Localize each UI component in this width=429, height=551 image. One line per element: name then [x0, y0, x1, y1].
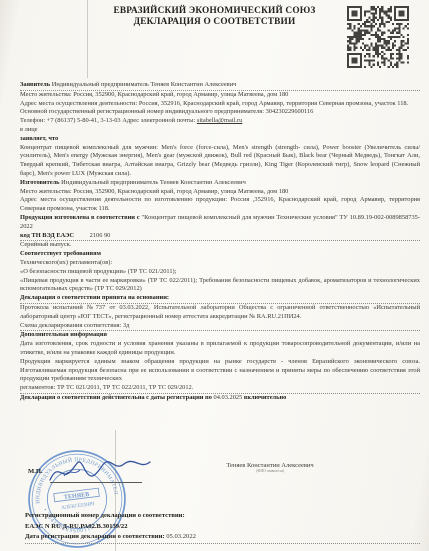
- declarant-name-caption: (ФИО заявителя): [185, 469, 355, 474]
- document-header: ЕВРАЗИЙСКИЙ ЭКОНОМИЧЕСКИЙ СОЮЗ ДЕКЛАРАЦИ…: [40, 6, 389, 28]
- applicant-activity-address-line: Адрес места осуществления деятельности: …: [20, 100, 420, 109]
- in-person-line: в лице: [20, 126, 420, 135]
- declares-heading: заявляет, что: [20, 135, 420, 144]
- additional-info-paragraph-1: Дата изготовления, срок годности и услов…: [20, 340, 420, 358]
- qr-code: [347, 6, 409, 68]
- footer-reg-date-label: Дата регистрации декларации о соответств…: [25, 533, 165, 540]
- additional-info-paragraph-2: Продукция маркируется единым знаком обра…: [20, 358, 420, 384]
- phone-label: Телефон: +7 (86137) 5-80-41, 3-13-03 Адр…: [20, 117, 195, 124]
- mp-label: М.П.: [28, 468, 43, 475]
- document-body: Заявитель Индивидуальный предприниматель…: [20, 81, 420, 403]
- footer-reg-number-label: Регистрационный номер декларации о соотв…: [25, 511, 420, 522]
- validity-line: Декларация о соответствии действительна …: [20, 394, 420, 403]
- tnved-label: код ТН ВЭД ЕАЭС: [20, 232, 74, 239]
- tnved-value: 2106 90: [90, 232, 111, 239]
- declaration-document-page: ЕВРАЗИЙСКИЙ ЭКОНОМИЧЕСКИЙ СОЮЗ ДЕКЛАРАЦИ…: [0, 0, 429, 551]
- test-protocol-paragraph: Протокола испытаний №737 от 03.03.2022, …: [20, 304, 420, 322]
- manufacturer-label: Изготовитель: [20, 179, 60, 186]
- additional-info-heading: Дополнительная информация: [20, 331, 420, 340]
- footer-reg-date-line: Дата регистрации декларации о соответств…: [25, 532, 420, 544]
- seal-inner-name-2: АЛЕКСЕЕВИЧ: [61, 501, 96, 511]
- declaration-scheme-line: Схема декларирования соответствия: 3д: [20, 322, 420, 332]
- validity-date: 04.03.2025: [214, 394, 243, 401]
- regulations-dotted-line: регламентов: ТР ТС 021/2011, ТР ТС 022/2…: [20, 384, 420, 394]
- tnved-code-line: код ТН ВЭД ЕАЭС 2106 90: [20, 232, 420, 242]
- validity-label: Декларация о соответствии действительна …: [20, 394, 212, 401]
- footer-reg-date: 05.03.2022: [166, 533, 196, 540]
- phone-email-line: Телефон: +7 (86137) 5-80-41, 3-13-03 Адр…: [20, 117, 420, 126]
- tech-regulations-intro: Технического(их) регламента(ов):: [20, 259, 420, 268]
- signature-scribble: [44, 450, 154, 486]
- made-in-accordance-label: Продукция изготовлена в соответствии с: [20, 214, 140, 221]
- applicant-name: Индивидуальный предприниматель Теняев Ко…: [52, 81, 237, 88]
- seal-inner-name-1: ТЕНЯЕВ: [64, 492, 90, 501]
- validity-suffix: включительно: [244, 394, 286, 401]
- doc-title: ДЕКЛАРАЦИЯ О СООТВЕТСТВИИ: [40, 17, 389, 28]
- regulation-line-1: «О безопасности пищевой продукции» (ТР Т…: [20, 268, 420, 277]
- applicant-residence-line: Место жительства: Россия, 352900, Красно…: [20, 91, 420, 100]
- manufacturer-production-address-line: Адрес места осуществления деятельности п…: [20, 196, 420, 214]
- declarant-name-block: Теняев Константин Алексеевич (ФИО заявит…: [185, 462, 355, 474]
- made-in-accordance-line: Продукция изготовлена в соответствии с "…: [20, 214, 420, 232]
- basis-heading: Декларация о соответствии принята на осн…: [20, 294, 420, 304]
- declarant-name: Теняев Константин Алексеевич: [185, 462, 355, 469]
- applicant-ogrn-line: Основной государственный регистрационный…: [20, 108, 420, 117]
- product-list-paragraph: Концентрат пищевой комплексный для мужчи…: [20, 144, 420, 179]
- email-link[interactable]: sitabella@mail.ru: [197, 117, 242, 124]
- manufacturer-name: Индивидуальный предприниматель Теняев Ко…: [61, 179, 246, 186]
- regulation-line-2: «Пищевая продукция в части ее маркировки…: [20, 277, 420, 295]
- manufacturer-residence-line: Место жительства: Россия, 352900, Красно…: [20, 188, 420, 197]
- compliance-heading: Соответствует требованиям: [20, 250, 420, 259]
- union-title: ЕВРАЗИЙСКИЙ ЭКОНОМИЧЕСКИЙ СОЮЗ: [40, 6, 389, 17]
- applicant-line: Заявитель Индивидуальный предприниматель…: [20, 81, 420, 91]
- manufacturer-line: Изготовитель Индивидуальный предпринимат…: [20, 179, 420, 188]
- applicant-label: Заявитель: [20, 81, 50, 88]
- serial-issue-line: Серийный выпуск.: [20, 241, 420, 250]
- footer-reg-number: ЕАЭС N RU Д-RU.РА02.В.30139/22: [25, 522, 420, 533]
- registration-footer: Регистрационный номер декларации о соотв…: [25, 511, 420, 544]
